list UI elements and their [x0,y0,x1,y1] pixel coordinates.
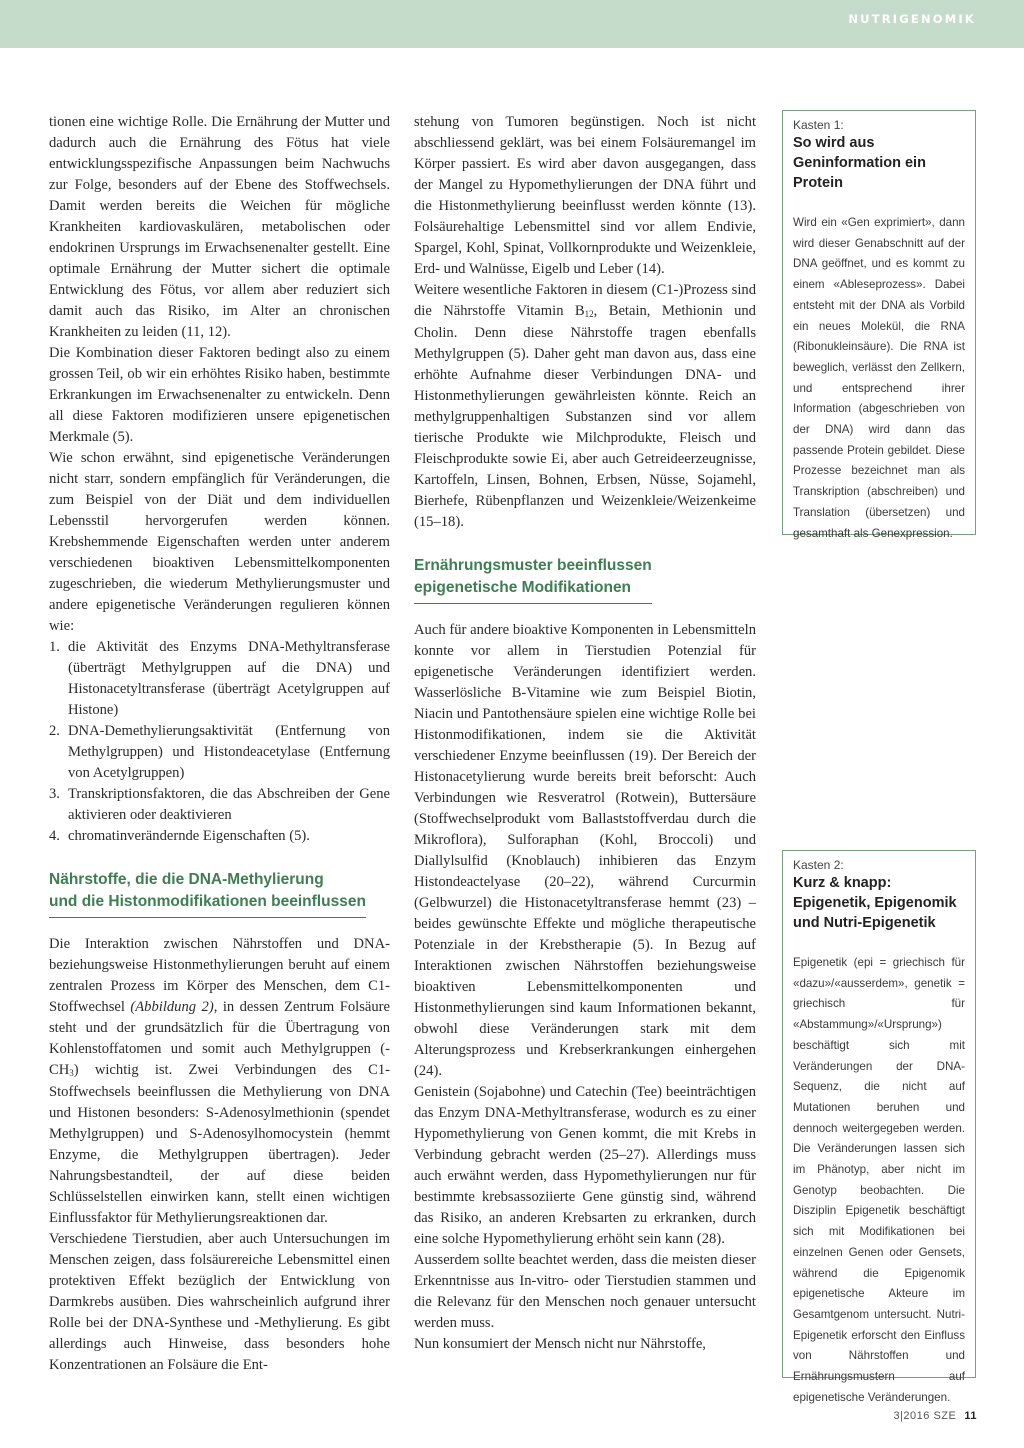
box-title: So wird aus Geninformation ein Protein [793,133,965,193]
section-heading: Ernährungsmuster beeinflussen epigenetis… [414,555,652,604]
box-text: Wird ein «Gen exprimiert», dann wird die… [793,213,965,544]
paragraph: Verschiedene Tierstudien, aber auch Unte… [49,1229,390,1376]
article-column-2: stehung von Tumoren begünstigen. Noch is… [414,112,756,1355]
list-item: 3.Transkriptionsfaktoren, die das Abschr… [49,784,390,826]
info-box-2: Kasten 2: Kurz & knapp: Epigenetik, Epig… [782,850,976,1378]
issue-label: 3|2016 SZE [893,1410,956,1422]
page-number: 11 [964,1410,977,1422]
paragraph: Ausserdem sollte beachtet werden, dass d… [414,1250,756,1334]
list-item: 1.die Aktivität des Enzyms DNA-Methyltra… [49,637,390,721]
paragraph: Nun konsumiert der Mensch nicht nur Nähr… [414,1334,756,1355]
paragraph: Genistein (Sojabohne) und Catechin (Tee)… [414,1082,756,1250]
page-footer: 3|2016 SZE11 [893,1410,977,1422]
numbered-list: 1.die Aktivität des Enzyms DNA-Methyltra… [49,637,390,847]
header-bar: NUTRIGENOMIK [0,0,1024,48]
paragraph: Die Interaktion zwischen Nährstoffen und… [49,934,390,1229]
box-label: Kasten 2: [793,857,965,873]
paragraph: Auch für andere bioaktive Komponenten in… [414,620,756,1082]
box-label: Kasten 1: [793,117,965,133]
paragraph: stehung von Tumoren begünstigen. Noch is… [414,112,756,280]
box-text: Epigenetik (epi = griechisch für «dazu»/… [793,953,965,1408]
paragraph: Die Kombination dieser Faktoren bedingt … [49,343,390,448]
box-title: Kurz & knapp: Epigenetik, Epigenomik und… [793,873,965,933]
list-item: 2.DNA-Demethylierungsaktivität (Entfernu… [49,721,390,784]
list-item: 4.chromatinverändernde Eigenschaften (5)… [49,826,390,847]
paragraph: Weitere wesentliche Faktoren in diesem (… [414,280,756,533]
section-title: NUTRIGENOMIK [848,12,976,26]
paragraph: Wie schon erwähnt, sind epigenetische Ve… [49,448,390,637]
paragraph: tionen eine wichtige Rolle. Die Ernährun… [49,112,390,343]
info-box-1: Kasten 1: So wird aus Geninformation ein… [782,110,976,535]
article-column-1: tionen eine wichtige Rolle. Die Ernährun… [49,112,390,1376]
section-heading: Nährstoffe, die die DNA-Methylierung und… [49,869,366,918]
